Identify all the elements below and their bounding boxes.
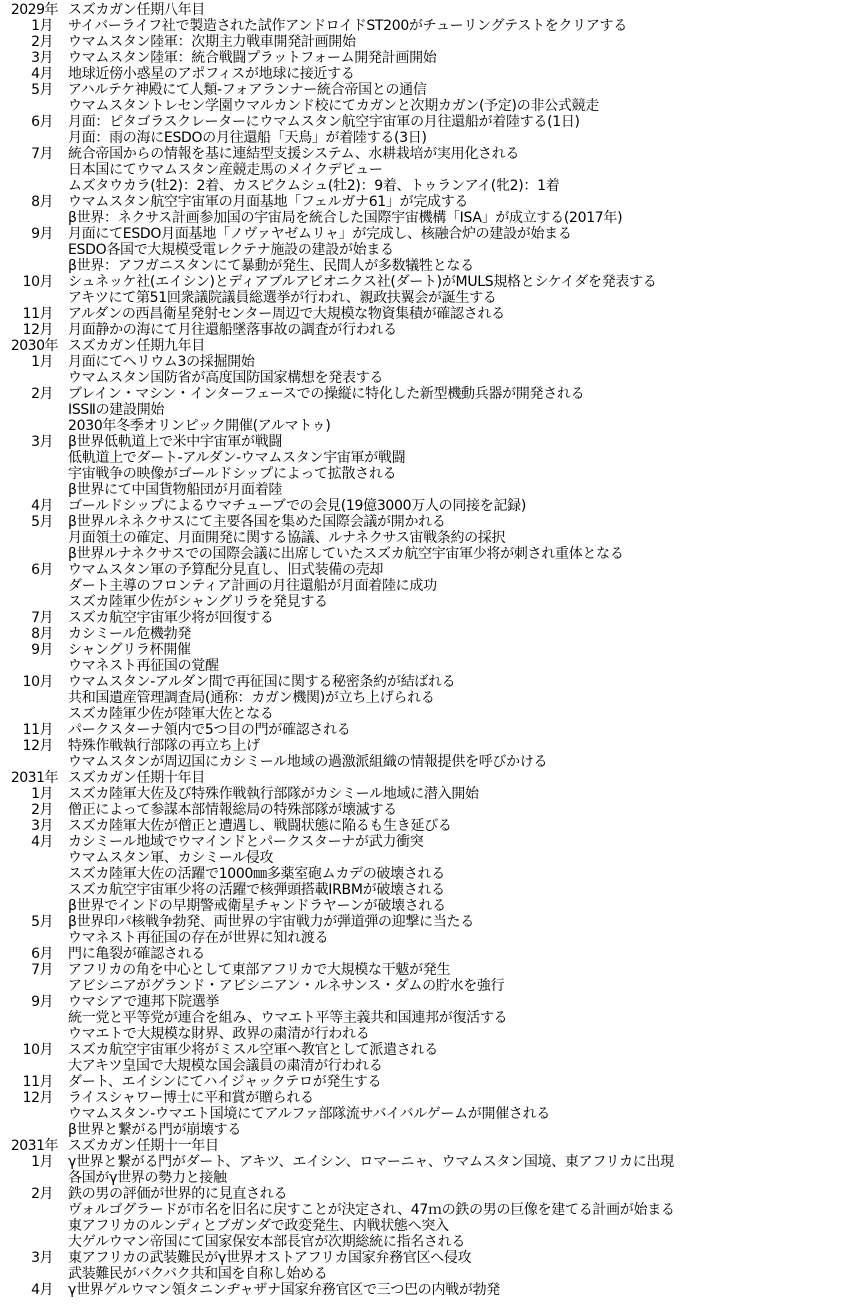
year-label: 2031年 xyxy=(0,770,58,786)
event-text: スズカ航空宇宙軍少将がミスル空軍へ教官として派遣される xyxy=(68,1042,438,1058)
month-label: 11月 xyxy=(0,306,53,322)
event-text: γ世界ゲルウマン領タニンヂャザナ国家弁務官区で三つ巴の内戦が勃発 xyxy=(68,1282,500,1298)
month-label: 6月 xyxy=(0,114,53,130)
event-text: カシミール地域でウマインドとパークスターナが武力衝突 xyxy=(68,834,424,850)
continuation-entry-row: スズカ陸軍少佐が陸軍大佐となる xyxy=(0,706,847,722)
continuation-entry-row: ウマネスト再征国の存在が世界に知れ渡る xyxy=(0,930,847,946)
continuation-entry-row: 低軌道上でダート-アルダン-ウマムスタン宇宙軍が戦闘 xyxy=(0,450,847,466)
event-text: β世界印パ核戦争勃発、両世界の宇宙戦力が弾道弾の迎撃に当たる xyxy=(68,914,474,930)
event-text: ウマムスタン軍、カシミール侵攻 xyxy=(68,850,273,866)
year-heading-row: 2029年スズカガン任期八年目 xyxy=(0,2,847,18)
event-text: ISSⅡの建設開始 xyxy=(68,402,164,418)
event-text: ダート、エイシンにてハイジャックテロが発生する xyxy=(68,1074,381,1090)
month-entry-row: 6月門に亀裂が確認される xyxy=(0,946,847,962)
month-label: 12月 xyxy=(0,1090,53,1106)
event-text: β世界低軌道上で米中宇宙軍が戦闘 xyxy=(68,434,282,450)
month-entry-row: 9月シャングリラ杯開催 xyxy=(0,642,847,658)
event-text: ウマムスタン-アルダン間で再征国に関する秘密条約が結ばれる xyxy=(68,674,455,690)
event-text: 低軌道上でダート-アルダン-ウマムスタン宇宙軍が戦闘 xyxy=(68,450,405,466)
month-entry-row: 3月東アフリカの武装難民がγ世界オストアフリカ国家弁務官区へ侵攻 xyxy=(0,1250,847,1266)
month-label: 3月 xyxy=(0,434,53,450)
event-text: シャングリラ杯開催 xyxy=(68,642,191,658)
continuation-entry-row: β世界と繋がる門が崩壊する xyxy=(0,1122,847,1138)
continuation-entry-row: ISSⅡの建設開始 xyxy=(0,402,847,418)
event-text: ウマムスタン航空宇宙軍の月面基地「フェルガナ61」が完成する xyxy=(68,194,468,210)
continuation-entry-row: アビシニアがグランド・アビシニアン・ルネサンス・ダムの貯水を強行 xyxy=(0,978,847,994)
event-text: 月面静かの海にて月往還船墜落事故の調査が行われる xyxy=(68,322,397,338)
continuation-entry-row: β世界：アフガニスタンにて暴動が発生、民間人が多数犠牲となる xyxy=(0,258,847,274)
month-entry-row: 4月地球近傍小惑星のアポフィスが地球に接近する xyxy=(0,66,847,82)
continuation-entry-row: ウマムスタン国防省が高度国防国家構想を発表する xyxy=(0,370,847,386)
event-text: 鉄の男の評価が世界的に見直される xyxy=(68,1186,287,1202)
month-label: 1月 xyxy=(0,1154,53,1170)
continuation-entry-row: 大アキツ皇国で大規模な国会議員の粛清が行われる xyxy=(0,1058,847,1074)
month-entry-row: 1月サイバーライフ社で製造された試作アンドロイドST200がチューリングテストを… xyxy=(0,18,847,34)
event-text: 地球近傍小惑星のアポフィスが地球に接近する xyxy=(68,66,355,82)
event-text: アビシニアがグランド・アビシニアン・ルネサンス・ダムの貯水を強行 xyxy=(68,978,504,994)
month-entry-row: 2月ブレイン・マシン・インターフェースでの操縦に特化した新型機動兵器が開発される xyxy=(0,386,847,402)
month-label: 2月 xyxy=(0,1186,53,1202)
event-text: 月面領土の確定、月面開発に関する協議、ルナネクサス宙戦条約の採択 xyxy=(68,530,505,546)
continuation-entry-row: ウマネスト再征国の覚醒 xyxy=(0,658,847,674)
event-text: スズカ航空宇宙軍少将の活躍で核弾頭搭載IRBMが破壊される xyxy=(68,882,445,898)
continuation-entry-row: 各国がγ世界の勢力と接触 xyxy=(0,1170,847,1186)
month-label: 8月 xyxy=(0,626,53,642)
continuation-entry-row: β世界：ネクサス計画参加国の宇宙局を統合した国際宇宙機構「ISA」が成立する(2… xyxy=(0,210,847,226)
event-text: β世界ルナネクサスでの国際会議に出席していたスズカ航空宇宙軍少将が刺され重体とな… xyxy=(68,546,624,562)
month-label: 3月 xyxy=(0,1250,53,1266)
month-label: 1月 xyxy=(0,18,53,34)
continuation-entry-row: 月面：雨の海にESDOの月往還船「天鳥」が着陸する(3日) xyxy=(0,130,847,146)
year-term-text: スズカガン任期十年目 xyxy=(68,770,205,786)
month-label: 4月 xyxy=(0,498,53,514)
month-label: 4月 xyxy=(0,1282,53,1298)
event-text: 月面：雨の海にESDOの月往還船「天鳥」が着陸する(3日) xyxy=(68,130,427,146)
continuation-entry-row: スズカ航空宇宙軍少将の活躍で核弾頭搭載IRBMが破壊される xyxy=(0,882,847,898)
event-text: 共和国遺産管理調査局(通称：カガン機関)が立ち上げられる xyxy=(68,690,435,706)
month-entry-row: 6月ウマムスタン軍の予算配分見直し、旧式装備の売却 xyxy=(0,562,847,578)
month-entry-row: 2月鉄の男の評価が世界的に見直される xyxy=(0,1186,847,1202)
event-text: スズカ陸軍少佐がシャングリラを発見する xyxy=(68,594,328,610)
month-entry-row: 3月スズカ陸軍大佐が僧正と遭遇し、戦闘状態に陥るも生き延びる xyxy=(0,818,847,834)
continuation-entry-row: β世界ルナネクサスでの国際会議に出席していたスズカ航空宇宙軍少将が刺され重体とな… xyxy=(0,546,847,562)
continuation-entry-row: アキツにて第51回衆議院議員総選挙が行われ、親政扶翼会が誕生する xyxy=(0,290,847,306)
event-text: パークスターナ領内で5つ目の門が確認される xyxy=(68,722,350,738)
month-label: 11月 xyxy=(0,722,53,738)
continuation-entry-row: 宇宙戦争の映像がゴールドシップによって拡散される xyxy=(0,466,847,482)
event-text: ライスシャワー博士に平和賞が贈られる xyxy=(68,1090,314,1106)
month-entry-row: 12月ライスシャワー博士に平和賞が贈られる xyxy=(0,1090,847,1106)
year-label: 2030年 xyxy=(0,338,58,354)
continuation-entry-row: ウマムスタン-ウマエト国境にてアルファ部隊流サバイバルゲームが開催される xyxy=(0,1106,847,1122)
month-label: 3月 xyxy=(0,50,53,66)
month-entry-row: 7月アフリカの角を中心として東部アフリカで大規模な干魃が発生 xyxy=(0,962,847,978)
year-heading-row: 2031年スズカガン任期十一年目 xyxy=(0,1138,847,1154)
event-text: β世界にて中国貨物船団が月面着陸 xyxy=(68,482,282,498)
continuation-entry-row: 共和国遺産管理調査局(通称：カガン機関)が立ち上げられる xyxy=(0,690,847,706)
month-label: 8月 xyxy=(0,194,53,210)
month-entry-row: 4月γ世界ゲルウマン領タニンヂャザナ国家弁務官区で三つ巴の内戦が勃発 xyxy=(0,1282,847,1298)
event-text: シュネッケ社(エイシン)とディアブルアビオニクス社(ダート)がMULS規格とシケ… xyxy=(68,274,657,290)
event-text: スズカ航空宇宙軍少将が回復する xyxy=(68,610,274,626)
month-entry-row: 1月スズカ陸軍大佐及び特殊作戦執行部隊がカシミール地域に潜入開始 xyxy=(0,786,847,802)
event-text: β世界でインドの早期警戒衛星チャンドラヤーンが破壊される xyxy=(68,898,446,914)
event-text: ブレイン・マシン・インターフェースでの操縦に特化した新型機動兵器が開発される xyxy=(68,386,584,402)
month-label: 7月 xyxy=(0,146,53,162)
event-text: ゴールドシップによるウマチューブでの会見(19億3000万人の同接を記録) xyxy=(68,498,526,514)
event-text: β世界ルネネクサスにて主要各国を集めた国際会議が開かれる xyxy=(68,514,446,530)
continuation-entry-row: 月面領土の確定、月面開発に関する協議、ルナネクサス宙戦条約の採択 xyxy=(0,530,847,546)
year-term-text: スズカガン任期十一年目 xyxy=(68,1138,219,1154)
month-entry-row: 1月γ世界と繋がる門がダート、アキツ、エイシン、ロマーニャ、ウマムスタン国境、東… xyxy=(0,1154,847,1170)
month-entry-row: 7月統合帝国からの情報を基に連結型支援システム、水耕栽培が実用化される xyxy=(0,146,847,162)
event-text: ウマムスタン陸軍：次期主力戦車開発計画開始 xyxy=(68,34,356,50)
month-entry-row: 12月特殊作戦執行部隊の再立ち上げ xyxy=(0,738,847,754)
continuation-entry-row: スズカ陸軍大佐の活躍で1000㎜多薬室砲ムカデの破壊される xyxy=(0,866,847,882)
month-label: 9月 xyxy=(0,642,53,658)
month-entry-row: 9月月面にてESDO月面基地「ノヴァヤゼムリャ」が完成し、核融合炉の建設が始まる xyxy=(0,226,847,242)
timeline-document: 2029年スズカガン任期八年目1月サイバーライフ社で製造された試作アンドロイドS… xyxy=(0,0,847,1298)
event-text: ウマネスト再征国の存在が世界に知れ渡る xyxy=(68,930,328,946)
event-text: 武装難民がバクバク共和国を自称し始める xyxy=(68,1266,327,1282)
event-text: ウマムスタン軍の予算配分見直し、旧式装備の売却 xyxy=(68,562,383,578)
month-label: 6月 xyxy=(0,562,53,578)
event-text: β世界と繋がる門が崩壊する xyxy=(68,1122,241,1138)
continuation-entry-row: 武装難民がバクバク共和国を自称し始める xyxy=(0,1266,847,1282)
year-label: 2029年 xyxy=(0,2,58,18)
event-text: 特殊作戦執行部隊の再立ち上げ xyxy=(68,738,260,754)
event-text: ウマシアで連邦下院選挙 xyxy=(68,994,219,1010)
event-text: β世界：ネクサス計画参加国の宇宙局を統合した国際宇宙機構「ISA」が成立する(2… xyxy=(68,210,622,226)
event-text: ウマムスタントレセン学園ウマルカンド校にてカガンと次期カガン(予定)の非公式競走 xyxy=(68,98,599,114)
event-text: ムズタウカラ(牡2)：2着、カスピクムシュ(牡2)：9着、トゥランアイ(牝2)：… xyxy=(68,178,559,194)
continuation-entry-row: 統一党と平等党が連合を組み、ウマエト平等主義共和国連邦が復活する xyxy=(0,1010,847,1026)
continuation-entry-row: ウマムスタン軍、カシミール侵攻 xyxy=(0,850,847,866)
month-entry-row: 11月ダート、エイシンにてハイジャックテロが発生する xyxy=(0,1074,847,1090)
month-entry-row: 9月ウマシアで連邦下院選挙 xyxy=(0,994,847,1010)
month-entry-row: 11月パークスターナ領内で5つ目の門が確認される xyxy=(0,722,847,738)
continuation-entry-row: ウマエトで大規模な財界、政界の粛清が行われる xyxy=(0,1026,847,1042)
continuation-entry-row: スズカ陸軍少佐がシャングリラを発見する xyxy=(0,594,847,610)
month-entry-row: 10月スズカ航空宇宙軍少将がミスル空軍へ教官として派遣される xyxy=(0,1042,847,1058)
event-text: アハルテケ神殿にて人類-フォアランナー統合帝国との通信 xyxy=(68,82,427,98)
event-text: ウマムスタン-ウマエト国境にてアルファ部隊流サバイバルゲームが開催される xyxy=(68,1106,550,1122)
month-label: 1月 xyxy=(0,786,53,802)
month-entry-row: 3月ウマムスタン陸軍：統合戦闘プラットフォーム開発計画開始 xyxy=(0,50,847,66)
continuation-entry-row: ウマムスタントレセン学園ウマルカンド校にてカガンと次期カガン(予定)の非公式競走 xyxy=(0,98,847,114)
event-text: アフリカの角を中心として東部アフリカで大規模な干魃が発生 xyxy=(68,962,450,978)
event-text: 東アフリカの武装難民がγ世界オストアフリカ国家弁務官区へ侵攻 xyxy=(68,1250,471,1266)
month-entry-row: 3月β世界低軌道上で米中宇宙軍が戦闘 xyxy=(0,434,847,450)
continuation-entry-row: β世界でインドの早期警戒衛星チャンドラヤーンが破壊される xyxy=(0,898,847,914)
continuation-entry-row: ダート主導のフロンティア計画の月往還船が月面着陸に成功 xyxy=(0,578,847,594)
event-text: スズカ陸軍大佐及び特殊作戦執行部隊がカシミール地域に潜入開始 xyxy=(68,786,479,802)
event-text: 僧正によって参謀本部情報総局の特殊部隊が壊滅する xyxy=(68,802,397,818)
month-entry-row: 6月月面：ピタゴラスクレーターにウマムスタン航空宇宙軍の月往還船が着陸する(1日… xyxy=(0,114,847,130)
event-text: アルダンの西昌衛星発射センター周辺で大規模な物資集積が確認される xyxy=(68,306,505,322)
event-text: γ世界と繋がる門がダート、アキツ、エイシン、ロマーニャ、ウマムスタン国境、東アフ… xyxy=(68,1154,674,1170)
month-label: 11月 xyxy=(0,1074,53,1090)
month-entry-row: 2月ウマムスタン陸軍：次期主力戦車開発計画開始 xyxy=(0,34,847,50)
year-heading-row: 2031年スズカガン任期十年目 xyxy=(0,770,847,786)
event-text: スズカ陸軍大佐が僧正と遭遇し、戦闘状態に陥るも生き延びる xyxy=(68,818,452,834)
event-text: 東アフリカのルンディとブガンダで政変発生、内戦状態へ突入 xyxy=(68,1218,449,1234)
continuation-entry-row: β世界にて中国貨物船団が月面着陸 xyxy=(0,482,847,498)
month-label: 2月 xyxy=(0,34,53,50)
month-entry-row: 4月カシミール地域でウマインドとパークスターナが武力衝突 xyxy=(0,834,847,850)
event-text: 各国がγ世界の勢力と接触 xyxy=(68,1170,227,1186)
month-label: 2月 xyxy=(0,802,53,818)
year-heading-row: 2030年スズカガン任期九年目 xyxy=(0,338,847,354)
event-text: 2030年冬季オリンピック開催(アルマトゥ) xyxy=(68,418,330,434)
month-entry-row: 5月アハルテケ神殿にて人類-フォアランナー統合帝国との通信 xyxy=(0,82,847,98)
month-label: 5月 xyxy=(0,914,53,930)
year-term-text: スズカガン任期九年目 xyxy=(68,338,205,354)
event-text: カシミール危機勃発 xyxy=(68,626,191,642)
month-label: 5月 xyxy=(0,514,53,530)
event-text: ウマムスタン国防省が高度国防国家構想を発表する xyxy=(68,370,383,386)
month-entry-row: 2月僧正によって参謀本部情報総局の特殊部隊が壊滅する xyxy=(0,802,847,818)
month-entry-row: 12月月面静かの海にて月往還船墜落事故の調査が行われる xyxy=(0,322,847,338)
month-label: 10月 xyxy=(0,274,53,290)
year-label: 2031年 xyxy=(0,1138,58,1154)
month-entry-row: 1月月面にてヘリウム3の採掘開始 xyxy=(0,354,847,370)
month-label: 6月 xyxy=(0,946,53,962)
month-entry-row: 10月ウマムスタン-アルダン間で再征国に関する秘密条約が結ばれる xyxy=(0,674,847,690)
month-label: 4月 xyxy=(0,834,53,850)
year-term-text: スズカガン任期八年目 xyxy=(68,2,205,18)
event-text: ウマムスタンが周辺国にカシミール地域の過激派組織の情報提供を呼びかける xyxy=(68,754,547,770)
continuation-entry-row: 東アフリカのルンディとブガンダで政変発生、内戦状態へ突入 xyxy=(0,1218,847,1234)
event-text: ウマネスト再征国の覚醒 xyxy=(68,658,219,674)
event-text: β世界：アフガニスタンにて暴動が発生、民間人が多数犠牲となる xyxy=(68,258,474,274)
month-label: 5月 xyxy=(0,82,53,98)
event-text: スズカ陸軍大佐の活躍で1000㎜多薬室砲ムカデの破壊される xyxy=(68,866,445,882)
month-label: 4月 xyxy=(0,66,53,82)
month-label: 3月 xyxy=(0,818,53,834)
event-text: ウマエトで大規模な財界、政界の粛清が行われる xyxy=(68,1026,369,1042)
month-label: 10月 xyxy=(0,674,53,690)
month-label: 1月 xyxy=(0,354,53,370)
event-text: 月面：ピタゴラスクレーターにウマムスタン航空宇宙軍の月往還船が着陸する(1日) xyxy=(68,114,580,130)
continuation-entry-row: 2030年冬季オリンピック開催(アルマトゥ) xyxy=(0,418,847,434)
event-text: 宇宙戦争の映像がゴールドシップによって拡散される xyxy=(68,466,396,482)
event-text: 統合帝国からの情報を基に連結型支援システム、水耕栽培が実用化される xyxy=(68,146,519,162)
event-text: サイバーライフ社で製造された試作アンドロイドST200がチューリングテストをクリ… xyxy=(68,18,627,34)
month-entry-row: 4月ゴールドシップによるウマチューブでの会見(19億3000万人の同接を記録) xyxy=(0,498,847,514)
month-label: 9月 xyxy=(0,994,53,1010)
event-text: 日本国にてウマムスタン産競走馬のメイクデビュー xyxy=(68,162,383,178)
event-text: ウマムスタン陸軍：統合戦闘プラットフォーム開発計画開始 xyxy=(68,50,437,66)
month-label: 9月 xyxy=(0,226,53,242)
continuation-entry-row: ヴォルゴグラードが市名を旧名に戻すことが決定され、47ｍの鉄の男の巨像を建てる計… xyxy=(0,1202,847,1218)
event-text: 門に亀裂が確認される xyxy=(68,946,205,962)
event-text: 大アキツ皇国で大規模な国会議員の粛清が行われる xyxy=(68,1058,383,1074)
month-entry-row: 5月β世界ルネネクサスにて主要各国を集めた国際会議が開かれる xyxy=(0,514,847,530)
month-entry-row: 11月アルダンの西昌衛星発射センター周辺で大規模な物資集積が確認される xyxy=(0,306,847,322)
continuation-entry-row: ウマムスタンが周辺国にカシミール地域の過激派組織の情報提供を呼びかける xyxy=(0,754,847,770)
month-entry-row: 8月カシミール危機勃発 xyxy=(0,626,847,642)
continuation-entry-row: ESDO各国で大規模受電レクテナ施設の建設が始まる xyxy=(0,242,847,258)
month-label: 10月 xyxy=(0,1042,53,1058)
event-text: アキツにて第51回衆議院議員総選挙が行われ、親政扶翼会が誕生する xyxy=(68,290,497,306)
event-text: スズカ陸軍少佐が陸軍大佐となる xyxy=(68,706,274,722)
continuation-entry-row: 大ゲルウマン帝国にて国家保安本部長官が次期総統に指名される xyxy=(0,1234,847,1250)
month-label: 7月 xyxy=(0,962,53,978)
month-entry-row: 5月β世界印パ核戦争勃発、両世界の宇宙戦力が弾道弾の迎撃に当たる xyxy=(0,914,847,930)
month-label: 12月 xyxy=(0,322,53,338)
continuation-entry-row: ムズタウカラ(牡2)：2着、カスピクムシュ(牡2)：9着、トゥランアイ(牝2)：… xyxy=(0,178,847,194)
month-entry-row: 7月スズカ航空宇宙軍少将が回復する xyxy=(0,610,847,626)
event-text: 月面にてESDO月面基地「ノヴァヤゼムリャ」が完成し、核融合炉の建設が始まる xyxy=(68,226,572,242)
month-entry-row: 10月シュネッケ社(エイシン)とディアブルアビオニクス社(ダート)がMULS規格… xyxy=(0,274,847,290)
month-label: 2月 xyxy=(0,386,53,402)
event-text: 大ゲルウマン帝国にて国家保安本部長官が次期総統に指名される xyxy=(68,1234,465,1250)
event-text: 月面にてヘリウム3の採掘開始 xyxy=(68,354,255,370)
event-text: ESDO各国で大規模受電レクテナ施設の建設が始まる xyxy=(68,242,394,258)
month-label: 7月 xyxy=(0,610,53,626)
event-text: ヴォルゴグラードが市名を旧名に戻すことが決定され、47ｍの鉄の男の巨像を建てる計… xyxy=(68,1202,675,1218)
continuation-entry-row: 日本国にてウマムスタン産競走馬のメイクデビュー xyxy=(0,162,847,178)
month-entry-row: 8月ウマムスタン航空宇宙軍の月面基地「フェルガナ61」が完成する xyxy=(0,194,847,210)
event-text: 統一党と平等党が連合を組み、ウマエト平等主義共和国連邦が復活する xyxy=(68,1010,507,1026)
event-text: ダート主導のフロンティア計画の月往還船が月面着陸に成功 xyxy=(68,578,437,594)
month-label: 12月 xyxy=(0,738,53,754)
